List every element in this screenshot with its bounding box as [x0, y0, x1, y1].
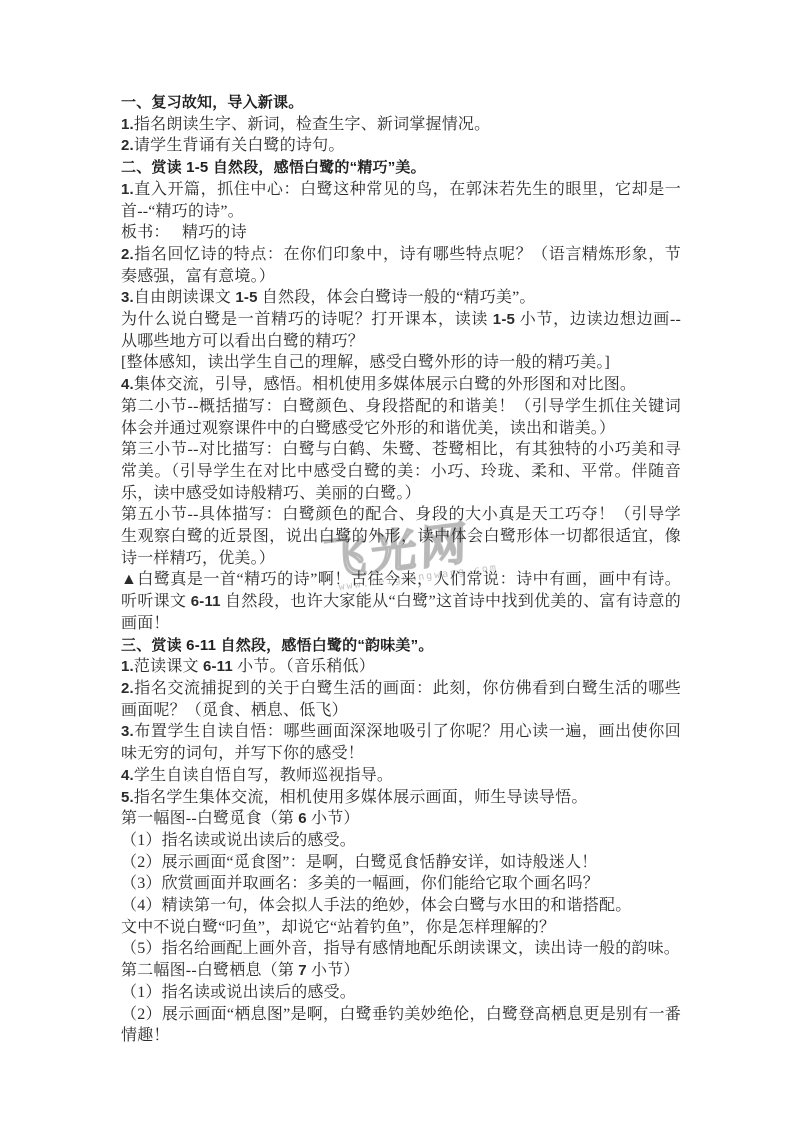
text-run: 7 — [298, 962, 307, 979]
text-run: （3）欣赏画面并取画名：多美的一幅画，你们能给它取个画名吗？ — [121, 875, 599, 892]
text-run: 自然段，体会白鹭诗一般的“精巧美”。 — [258, 289, 536, 306]
text-run: （1）指名读或说出读后的感受。 — [121, 832, 356, 849]
text-run: 指名朗读生字、新词，检查生字、新词掌握情况。 — [134, 116, 490, 133]
text-run: 指名学生集体交流，相机使用多媒体展示画面，师生导读导悟。 — [134, 789, 588, 806]
text-run: 2. — [121, 246, 134, 263]
paragraph: 2.指名交流捕捉到的关于白鹭生活的画面：此刻，你仿佛看到白鹭生活的哪些画面呢？（… — [121, 678, 681, 721]
text-run: 2. — [121, 680, 134, 697]
section-heading: 一、复习故知，导入新课。 — [121, 92, 681, 114]
text-run: 1. — [121, 116, 134, 133]
paragraph: （1）指名读或说出读后的感受。 — [121, 830, 681, 852]
paragraph: 文中不说白鹭“叼鱼”，却说它“站着钓鱼”，你是怎样理解的？ — [121, 917, 681, 939]
paragraph: 1.范读课文 6-11 小节。（音乐稍低） — [121, 656, 681, 678]
text-run: 板书： 精巧的诗 — [121, 224, 247, 241]
text-run: 一、复习故知，导入新课。 — [121, 94, 303, 111]
text-run: 二、赏读 1-5 自然段，感悟白鹭的“精巧”美。 — [121, 159, 426, 176]
text-run: 自由朗读课文 — [134, 289, 235, 306]
text-run: 6-11 — [203, 658, 233, 675]
text-run: 第三小节--对比描写：白鹭与白鹤、朱鹭、苍鹭相比，有其独特的小巧美和寻常美。（引… — [121, 441, 681, 501]
text-run: 学生自读自悟自写，教师巡视指导。 — [134, 767, 393, 784]
paragraph: 第二小节--概括描写：白鹭颜色、身段搭配的和谐美！（引导学生抓住关键词体会并通过… — [121, 396, 681, 439]
text-run: （5）指名给画配上画外音，指导有感情地配乐朗读课文，读出诗一般的韵味。 — [121, 940, 680, 957]
text-run: 文中不说白鹭“叼鱼”，却说它“站着钓鱼”，你是怎样理解的？ — [121, 919, 555, 936]
text-run: 小节） — [307, 962, 360, 979]
paragraph: （5）指名给画配上画外音，指导有感情地配乐朗读课文，读出诗一般的韵味。 — [121, 938, 681, 960]
text-run: 指名回忆诗的特点：在你们印象中，诗有哪些特点呢？（语言精炼形象，节奏感强，富有意… — [121, 246, 681, 285]
paragraph: 第五小节--具体描写：白鹭颜色的配合、身段的大小真是天工巧夺！（引导学生观察白鹭… — [121, 504, 681, 569]
text-run: 1. — [121, 658, 134, 675]
paragraph: 4.集体交流，引导，感悟。相机使用多媒体展示白鹭的外形图和对比图。 — [121, 374, 681, 396]
text-run: 布置学生自读自悟：哪些画面深深地吸引了你呢？用心读一遍，画出使你回味无穷的词句，… — [121, 723, 681, 762]
text-run: 4. — [121, 376, 134, 393]
text-run: 集体交流，引导，感悟。相机使用多媒体展示白鹭的外形图和对比图。 — [134, 376, 636, 393]
paragraph: 板书： 精巧的诗 — [121, 222, 681, 244]
paragraph: 第二幅图--白鹭栖息（第 7 小节） — [121, 960, 681, 982]
text-run: 直入开篇，抓住中心：白鹭这种常见的鸟，在郭沫若先生的眼里，它却是一首--“精巧的… — [121, 181, 681, 220]
paragraph: [整体感知，读出学生自己的理解，感受白鹭外形的诗一般的精巧美。] — [121, 352, 681, 374]
paragraph: （2）展示画面“觅食图”：是啊，白鹭觅食恬静安详，如诗般迷人！ — [121, 852, 681, 874]
paragraph: 第三小节--对比描写：白鹭与白鹤、朱鹭、苍鹭相比，有其独特的小巧美和寻常美。（引… — [121, 439, 681, 504]
paragraph: 为什么说白鹭是一首精巧的诗呢？打开课本，读读 1-5 小节，边读边想边画--从哪… — [121, 309, 681, 352]
text-run: （2）展示画面“栖息图”是啊，白鹭垂钓美妙绝伦，白鹭登高栖息更是别有一番情趣！ — [121, 1006, 681, 1045]
text-run: 小节。（音乐稍低） — [233, 658, 375, 675]
text-run: 5. — [121, 789, 134, 806]
text-run: （2）展示画面“觅食图”：是啊，白鹭觅食恬静安详，如诗般迷人！ — [121, 854, 597, 871]
paragraph: （2）展示画面“栖息图”是啊，白鹭垂钓美妙绝伦，白鹭登高栖息更是别有一番情趣！ — [121, 1004, 681, 1047]
text-run: 3. — [121, 723, 134, 740]
text-run: （1）指名读或说出读后的感受。 — [121, 984, 356, 1001]
text-run: 第二幅图--白鹭栖息（第 — [121, 962, 298, 979]
paragraph: 5.指名学生集体交流，相机使用多媒体展示画面，师生导读导悟。 — [121, 787, 681, 809]
section-heading: 三、赏读 6-11 自然段，感悟白鹭的“韵味美”。 — [121, 635, 681, 657]
paragraph: （4）精读第一句，体会拟人手法的绝妙，体会白鹭与水田的和谐搭配。 — [121, 895, 681, 917]
text-run: 请学生背诵有关白鹭的诗句。 — [134, 137, 345, 154]
text-run: 1-5 — [493, 311, 515, 328]
text-run: [整体感知，读出学生自己的理解，感受白鹭外形的诗一般的精巧美。] — [121, 354, 610, 371]
paragraph: 1.直入开篇，抓住中心：白鹭这种常见的鸟，在郭沫若先生的眼里，它却是一首--“精… — [121, 179, 681, 222]
paragraph: 4.学生自读自悟自写，教师巡视指导。 — [121, 765, 681, 787]
text-run: 1-5 — [235, 289, 257, 306]
text-run: 为什么说白鹭是一首精巧的诗呢？打开课本，读读 — [121, 311, 493, 328]
paragraph: ▲白鹭真是一首“精巧的诗”啊！古往今来，人们常说：诗中有画，画中有诗。听听课文 … — [121, 569, 681, 634]
text-run: 4. — [121, 767, 134, 784]
document-body: 一、复习故知，导入新课。1.指名朗读生字、新词，检查生字、新词掌握情况。2.请学… — [121, 92, 681, 1047]
paragraph: 2.指名回忆诗的特点：在你们印象中，诗有哪些特点呢？（语言精炼形象，节奏感强，富… — [121, 244, 681, 287]
text-run: 3. — [121, 289, 134, 306]
text-run: 2. — [121, 137, 134, 154]
text-run: 第二小节--概括描写：白鹭颜色、身段搭配的和谐美！（引导学生抓住关键词体会并通过… — [121, 398, 681, 437]
paragraph: 1.指名朗读生字、新词，检查生字、新词掌握情况。 — [121, 114, 681, 136]
text-run: 小节） — [307, 810, 360, 827]
text-run: （4）精读第一句，体会拟人手法的绝妙，体会白鹭与水田的和谐搭配。 — [121, 897, 631, 914]
text-run: 范读课文 — [134, 658, 203, 675]
paragraph: 第一幅图--白鹭觅食（第 6 小节） — [121, 808, 681, 830]
section-heading: 二、赏读 1-5 自然段，感悟白鹭的“精巧”美。 — [121, 157, 681, 179]
paragraph: 3.布置学生自读自悟：哪些画面深深地吸引了你呢？用心读一遍，画出使你回味无穷的词… — [121, 721, 681, 764]
text-run: 三、赏读 6-11 自然段，感悟白鹭的“韵味美”。 — [121, 637, 434, 654]
text-run: 1. — [121, 181, 134, 198]
paragraph: 3.自由朗读课文 1-5 自然段，体会白鹭诗一般的“精巧美”。 — [121, 287, 681, 309]
paragraph: 2.请学生背诵有关白鹭的诗句。 — [121, 135, 681, 157]
document-page: 飞光网 www.feiguangwang.com 一、复习故知，导入新课。1.指… — [0, 0, 793, 1122]
text-run: 6-11 — [191, 593, 221, 610]
text-run: 第五小节--具体描写：白鹭颜色的配合、身段的大小真是天工巧夺！（引导学生观察白鹭… — [121, 506, 681, 566]
paragraph: （3）欣赏画面并取画名：多美的一幅画，你们能给它取个画名吗？ — [121, 873, 681, 895]
text-run: 第一幅图--白鹭觅食（第 — [121, 810, 298, 827]
paragraph: （1）指名读或说出读后的感受。 — [121, 982, 681, 1004]
text-run: 指名交流捕捉到的关于白鹭生活的画面：此刻，你仿佛看到白鹭生活的哪些画面呢？（觅食… — [121, 680, 681, 719]
text-run: 6 — [298, 810, 307, 827]
